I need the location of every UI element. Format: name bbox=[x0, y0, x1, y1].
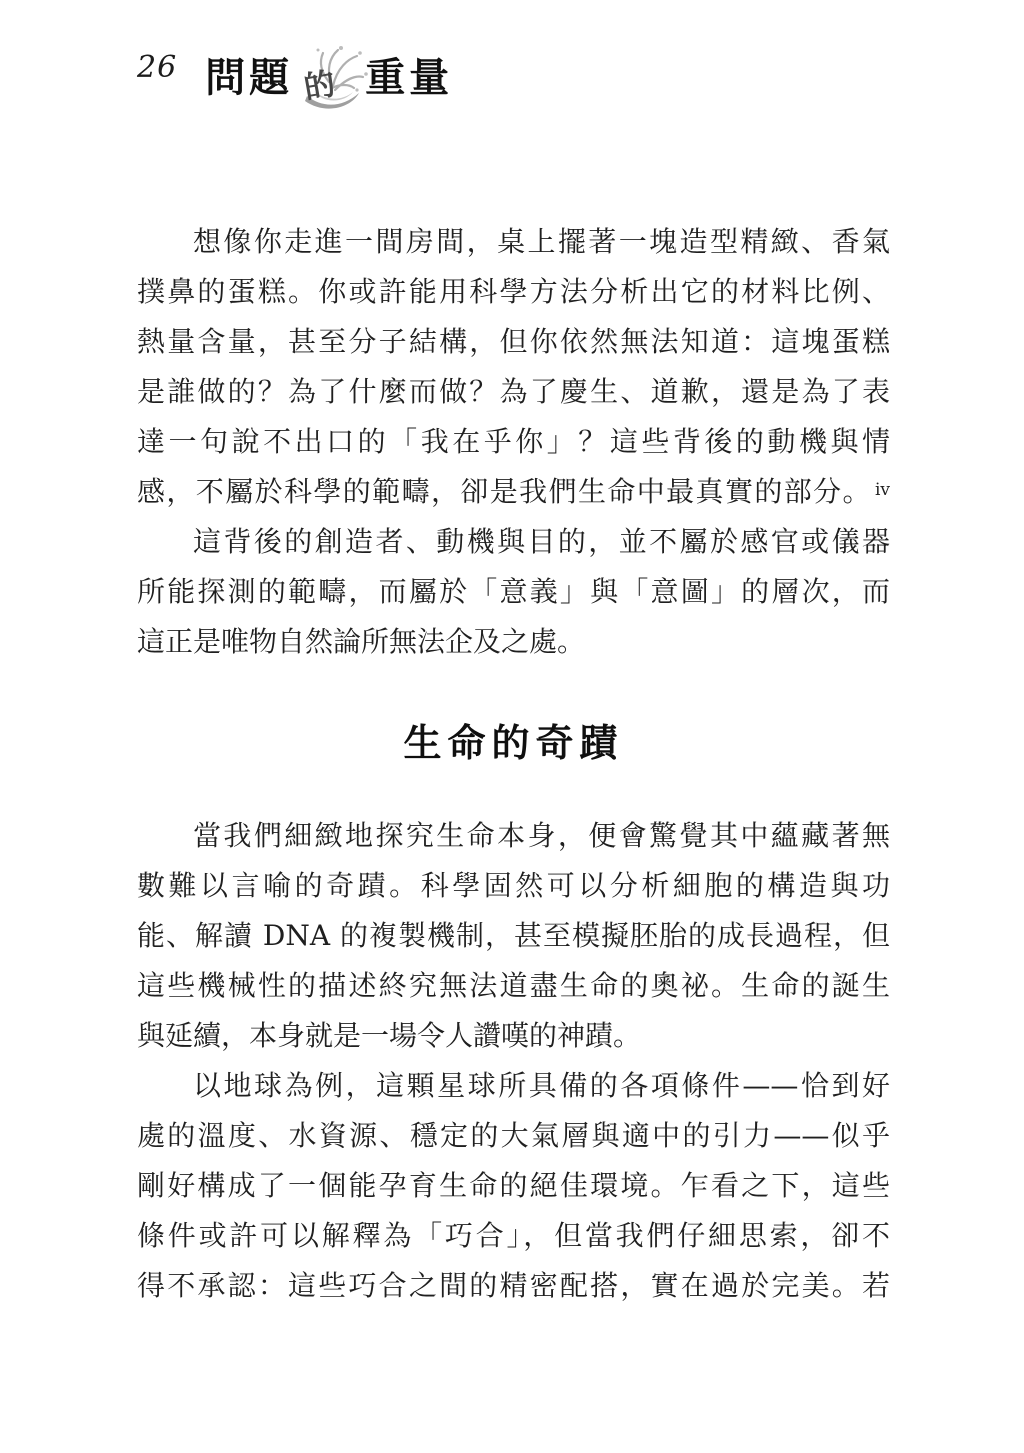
text-line: 能、解讀 DNA 的複製機制，甚至模擬胚胎的成長過程，但 bbox=[137, 911, 890, 961]
paragraph-4: 以地球為例，這顆星球所具備的各項條件——恰到好處的溫度、水資源、穩定的大氣層與適… bbox=[137, 1061, 890, 1311]
running-head: 26 問題 的 重量 bbox=[137, 44, 453, 112]
title-ornament-char: 的 bbox=[301, 66, 338, 107]
text-line: 感，不屬於科學的範疇，卻是我們生命中最真實的部分。iv bbox=[137, 467, 890, 517]
paragraph-2: 這背後的創造者、動機與目的，並不屬於感官或儀器所能探測的範疇，而屬於「意義」與「… bbox=[137, 517, 890, 667]
text-line: 這正是唯物自然論所無法企及之處。 bbox=[137, 617, 890, 667]
text-line: 以地球為例，這顆星球所具備的各項條件——恰到好 bbox=[137, 1061, 890, 1111]
text-line: 撲鼻的蛋糕。你或許能用科學方法分析出它的材料比例、 bbox=[137, 267, 890, 317]
text-line: 這背後的創造者、動機與目的，並不屬於感官或儀器 bbox=[137, 517, 890, 567]
text-line: 當我們細緻地探究生命本身，便會驚覺其中蘊藏著無 bbox=[137, 811, 890, 861]
page-number: 26 bbox=[137, 44, 177, 92]
book-title: 問題 的 重量 bbox=[205, 44, 453, 112]
text-line: 條件或許可以解釋為「巧合」，但當我們仔細思索，卻不 bbox=[137, 1211, 890, 1261]
book-title-left: 問題 bbox=[205, 54, 293, 102]
book-title-right: 重量 bbox=[365, 54, 453, 102]
text-line: 是誰做的？為了什麼而做？為了慶生、道歉，還是為了表 bbox=[137, 367, 890, 417]
text-line: 剛好構成了一個能孕育生命的絕佳環境。乍看之下，這些 bbox=[137, 1161, 890, 1211]
book-page: { "header": { "page_number": "26", "titl… bbox=[0, 0, 1024, 1453]
floral-flourish-icon: 的 bbox=[291, 44, 371, 112]
text-column: 想像你走進一間房間，桌上擺著一塊造型精緻、香氣撲鼻的蛋糕。你或許能用科學方法分析… bbox=[137, 217, 890, 1311]
text-line: 所能探測的範疇，而屬於「意義」與「意圖」的層次，而 bbox=[137, 567, 890, 617]
text-line: 數難以言喻的奇蹟。科學固然可以分析細胞的構造與功 bbox=[137, 861, 890, 911]
text-line: 與延續，本身就是一場令人讚嘆的神蹟。 bbox=[137, 1011, 890, 1061]
text-line: 熱量含量，甚至分子結構，但你依然無法知道：這塊蛋糕 bbox=[137, 317, 890, 367]
text-line: 達一句說不出口的「我在乎你」？這些背後的動機與情 bbox=[137, 417, 890, 467]
footnote-marker: iv bbox=[875, 480, 890, 500]
paragraph-1: 想像你走進一間房間，桌上擺著一塊造型精緻、香氣撲鼻的蛋糕。你或許能用科學方法分析… bbox=[137, 217, 890, 517]
text-line: 得不承認：這些巧合之間的精密配搭，實在過於完美。若 bbox=[137, 1261, 890, 1311]
text-line: 處的溫度、水資源、穩定的大氣層與適中的引力——似乎 bbox=[137, 1111, 890, 1161]
text-line: 想像你走進一間房間，桌上擺著一塊造型精緻、香氣 bbox=[137, 217, 890, 267]
paragraph-3: 當我們細緻地探究生命本身，便會驚覺其中蘊藏著無數難以言喻的奇蹟。科學固然可以分析… bbox=[137, 811, 890, 1061]
text-line: 這些機械性的描述終究無法道盡生命的奧祕。生命的誕生 bbox=[137, 961, 890, 1011]
section-heading: 生命的奇蹟 bbox=[137, 713, 890, 773]
